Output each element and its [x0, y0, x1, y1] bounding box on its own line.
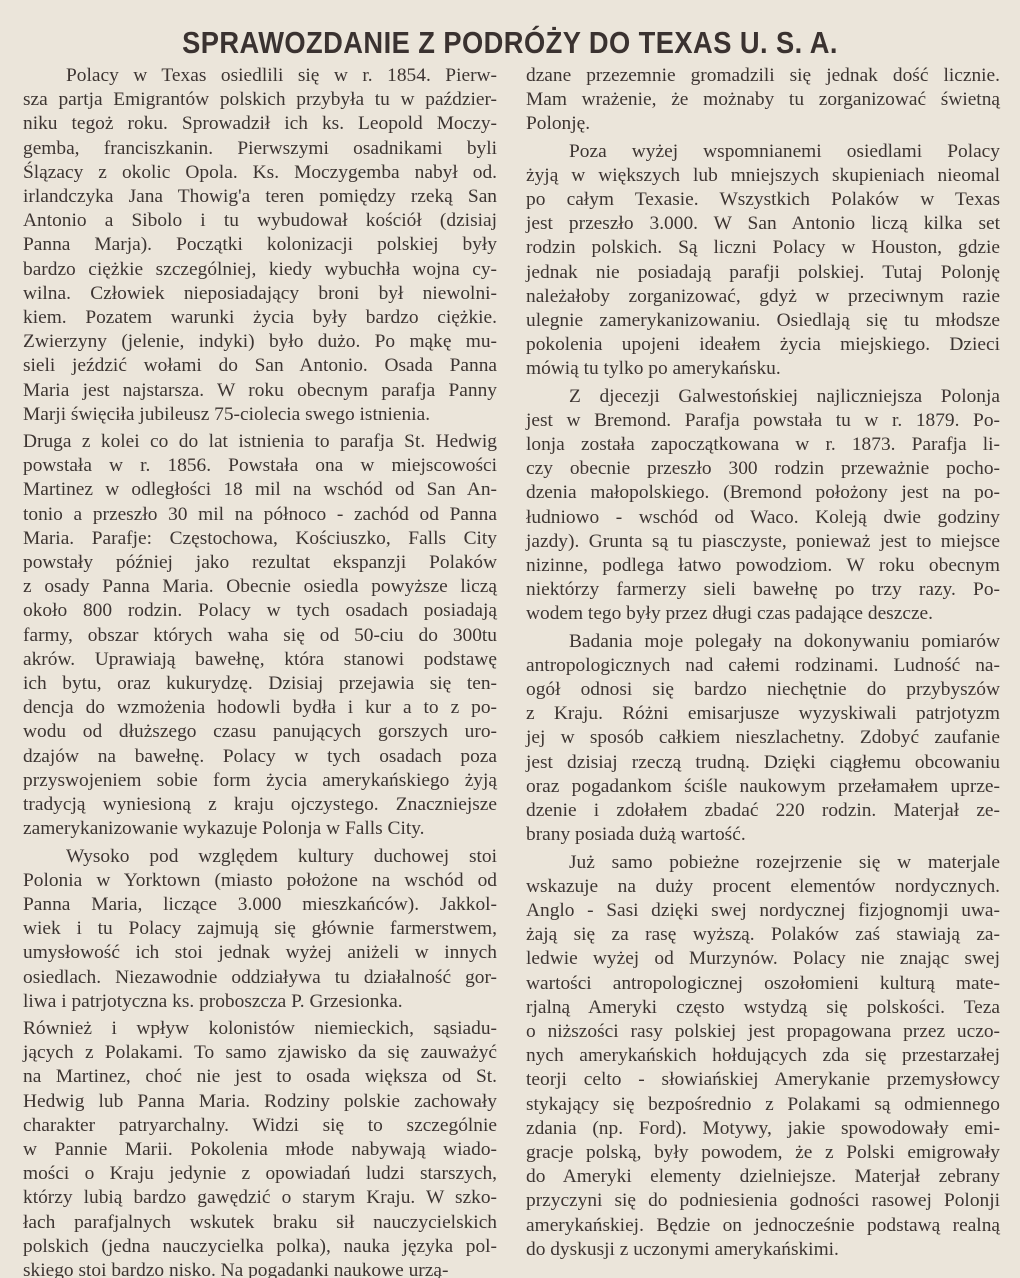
text-line: dzenia małopolskiego. (Bremond położony …	[526, 481, 1000, 505]
text-line: czy obecnie przeszło 300 rodzin przeważn…	[526, 457, 1000, 481]
text-line: Panna Maria, liczące 3.000 mieszkańców).…	[23, 893, 497, 917]
text-line: zdania (np. Ford). Motywy, jakie spowodo…	[526, 1117, 1000, 1141]
paragraph: Również i wpływ kolonistów niemieckich, …	[23, 1017, 497, 1278]
text-line: wodu od dłuższego czasu panujących gorsz…	[23, 720, 497, 744]
text-line: irlandczyka Jana Thowig'a teren pomiędzy…	[23, 185, 497, 209]
text-line: Z djecezji Galwestońskiej najliczniejsza…	[526, 385, 1000, 409]
text-line: Poza wyżej wspomnianemi osiedlami Polacy	[526, 140, 1000, 164]
paragraph: Poza wyżej wspomnianemi osiedlami Polacy…	[526, 140, 1000, 382]
text-line: dencja do wzmożenia hodowli bydła i kur …	[23, 696, 497, 720]
text-line: mówią tu tylko po amerykańsku.	[526, 357, 1000, 381]
paragraph: Polacy w Texas osiedlili się w r. 1854. …	[23, 64, 497, 427]
text-line: do dyskusji z uczonymi amerykańskimi.	[526, 1238, 1000, 1262]
page-title: SPRAWOZDANIE Z PODRÓŻY DO TEXAS U. S. A.	[61, 25, 959, 61]
text-line: rodzin polskich. Są liczni Polacy w Hous…	[526, 236, 1000, 260]
text-line: tonio a przeszło 30 mil na północo - zac…	[23, 503, 497, 527]
text-line: niku tegoż roku. Sprowadził ich ks. Leop…	[23, 112, 497, 136]
text-line: Martinez w odległości 18 mil na wschód o…	[23, 478, 497, 502]
text-line: o niższości rasy polskiej jest propagowa…	[526, 1020, 1000, 1044]
text-line: umysłowość ich stoi jednak wyżej aniżeli…	[23, 941, 497, 965]
text-line: ulegnie zamerykanizowaniu. Osiedlają się…	[526, 309, 1000, 333]
text-line: Antonio a Sibolo i tu wybudował kościół …	[23, 209, 497, 233]
text-line: Badania moje polegały na dokonywaniu pom…	[526, 630, 1000, 654]
text-line: łudniowo - wschód od Waco. Koleją dwie g…	[526, 506, 1000, 530]
text-line: ogół odnosi się bardzo niechętnie do prz…	[526, 678, 1000, 702]
text-line: Hedwig lub Panna Maria. Rodziny polskie …	[23, 1090, 497, 1114]
text-line: tradycją wyniesioną z kraju ojczystego. …	[23, 793, 497, 817]
text-line: Maria. Parafje: Częstochowa, Kościuszko,…	[23, 527, 497, 551]
text-line: brany posiada dużą wartość.	[526, 823, 1000, 847]
text-line: na Martinez, choć nie jest to osada więk…	[23, 1065, 497, 1089]
text-line: powstała w r. 1856. Powstała ona w miejs…	[23, 454, 497, 478]
text-line: Ślązacy z okolic Opola. Ks. Moczygemba n…	[23, 161, 497, 185]
paragraph: Wysoko pod względem kultury duchowej sto…	[23, 845, 497, 1014]
text-line: którzy lubią bardzo gawędzić o starym Kr…	[23, 1186, 497, 1210]
paragraph: Z djecezji Galwestońskiej najliczniejsza…	[526, 385, 1000, 627]
text-line: sza partja Emigrantów polskich przybyła …	[23, 88, 497, 112]
text-line: nych amerykańskich hołdujących zda się p…	[526, 1044, 1000, 1068]
text-line: Panna Marja). Początki kolonizacji polsk…	[23, 233, 497, 257]
text-line: dzajów na bawełnę. Polacy w tych osadach…	[23, 745, 497, 769]
text-line: amerykańskiej. Będzie on jednocześnie po…	[526, 1214, 1000, 1238]
text-line: ich bytu, oraz kukurydzę. Dzisiaj przeja…	[23, 672, 497, 696]
text-line: jest w Bremond. Parafja powstała tu w r.…	[526, 409, 1000, 433]
text-line: Również i wpływ kolonistów niemieckich, …	[23, 1017, 497, 1041]
text-line: sieli jeździć wołami do San Antonio. Osa…	[23, 354, 497, 378]
text-line: Już samo pobieżne rozejrzenie się w mate…	[526, 851, 1000, 875]
text-line: bardzo ciężkie szczególniej, kiedy wybuc…	[23, 258, 497, 282]
paragraph: Badania moje polegały na dokonywaniu pom…	[526, 630, 1000, 848]
text-line: żyją w większych lub mniejszych skupieni…	[526, 164, 1000, 188]
text-line: jej w sposób całkiem nieszlachetny. Zdob…	[526, 726, 1000, 750]
text-line: jest dzisiaj rzeczą trudną. Dzięki ciągł…	[526, 751, 1000, 775]
paragraph: Już samo pobieżne rozejrzenie się w mate…	[526, 851, 1000, 1262]
text-line: Zwierzyny (jelenie, indyki) było dużo. P…	[23, 330, 497, 354]
text-line: gemba, franciszkanin. Pierwszymi osadnik…	[23, 137, 497, 161]
text-line: skiego stoi bardzo nisko. Na pogadanki n…	[23, 1259, 497, 1278]
text-line: lonja została zapoczątkowana w r. 1873. …	[526, 433, 1000, 457]
text-line: gracje polską, były powodem, że z Polski…	[526, 1141, 1000, 1165]
left-column: Polacy w Texas osiedlili się w r. 1854. …	[23, 64, 497, 1278]
text-line: mości o Kraju jedynie z opowiadań ludzi …	[23, 1162, 497, 1186]
text-line: polskich (jedna nauczycielka polka), nau…	[23, 1235, 497, 1259]
text-line: jest przeszło 3.000. W San Antonio liczą…	[526, 212, 1000, 236]
text-line: dzenie i zdołałem zbadać 220 rodzin. Mat…	[526, 799, 1000, 823]
text-line: rjalną Ameryki często wstydzą się polsko…	[526, 996, 1000, 1020]
paragraph: Druga z kolei co do lat istnienia to par…	[23, 430, 497, 841]
text-line: Polacy w Texas osiedlili się w r. 1854. …	[23, 64, 497, 88]
text-line: oraz pogadankom ściśle naukowym przełama…	[526, 775, 1000, 799]
text-line: jących z Polakami. To samo zjawisko da s…	[23, 1041, 497, 1065]
text-line: antropologicznych nad całemi rodzinami. …	[526, 654, 1000, 678]
text-line: stykający się bezpośrednio z Polakami są…	[526, 1093, 1000, 1117]
text-line: nizinne, podlega łatwo powodziom. W roku…	[526, 554, 1000, 578]
text-line: Mam wrażenie, że możnaby tu zorganizować…	[526, 88, 1000, 112]
text-line: kiem. Pozatem warunki życia były bardzo …	[23, 306, 497, 330]
text-line: jazdy). Grunta są tu piasczyste, poniewa…	[526, 530, 1000, 554]
text-line: z Kraju. Różni emisarjusze wyzyskiwali p…	[526, 702, 1000, 726]
text-line: liwa i patrjotyczna ks. proboszcza P. Gr…	[23, 990, 497, 1014]
text-line: Maria jest najstarsza. W roku obecnym pa…	[23, 379, 497, 403]
text-line: do Ameryki elementy dzielniejsze. Materj…	[526, 1165, 1000, 1189]
text-line: akrów. Uprawiają bawełnę, która stanowi …	[23, 648, 497, 672]
text-line: ledwie wyżej od Murzynów. Polacy nie zna…	[526, 947, 1000, 971]
text-line: zamerykanizowanie wykazuje Polonja w Fal…	[23, 817, 497, 841]
text-line: z osady Panna Maria. Obecnie osiedla pow…	[23, 575, 497, 599]
text-line: teorji celto - słowiańskiej Amerykanie p…	[526, 1068, 1000, 1092]
text-line: pokolenia upojeni ideałem życia miejskie…	[526, 333, 1000, 357]
text-line: wodem tego były przez długi czas padając…	[526, 602, 1000, 626]
text-line: Marji święciła jubileusz 75-ciolecia swe…	[23, 403, 497, 427]
text-line: osiedlach. Niezawodnie oddziaływa tu dzi…	[23, 966, 497, 990]
text-line: dzane przezemnie gromadzili się jednak d…	[526, 64, 1000, 88]
text-line: przyczyni się do podniesienia godności r…	[526, 1189, 1000, 1213]
paragraph: dzane przezemnie gromadzili się jednak d…	[526, 64, 1000, 137]
text-line: wiek i tu Polacy zajmują się głównie far…	[23, 917, 497, 941]
text-line: Wysoko pod względem kultury duchowej sto…	[23, 845, 497, 869]
text-line: po całym Texasie. Wszystkich Polaków w T…	[526, 188, 1000, 212]
text-line: Anglo - Sasi dzięki swej nordycznej fizj…	[526, 899, 1000, 923]
text-line: łach parafjalnych wskutek braku sił nauc…	[23, 1211, 497, 1235]
text-line: wartości antropologicznej oszołomieni ku…	[526, 972, 1000, 996]
right-column: dzane przezemnie gromadzili się jednak d…	[526, 64, 1000, 1262]
text-line: Polonję.	[526, 112, 1000, 136]
text-line: wilna. Człowiek nieposiadający broni był…	[23, 282, 497, 306]
text-line: farmy, obszar których waha się od 50-ciu…	[23, 624, 497, 648]
text-line: jednak nie posiadają parafji polskiej. T…	[526, 261, 1000, 285]
text-line: powstały później jako rezultat ekspanzji…	[23, 551, 497, 575]
text-line: Druga z kolei co do lat istnienia to par…	[23, 430, 497, 454]
text-line: Polonia w Yorktown (miasto położone na w…	[23, 869, 497, 893]
text-line: około 800 rodzin. Polacy w tych osadach …	[23, 599, 497, 623]
text-line: wskazuje na duży procent elementów nordy…	[526, 875, 1000, 899]
text-line: należałoby zorganizować, gdyż w przeciwn…	[526, 285, 1000, 309]
text-line: charakter patryarchalny. Widzi się to sz…	[23, 1114, 497, 1138]
text-line: w Pannie Marii. Pokolenia młode nabywają…	[23, 1138, 497, 1162]
text-line: przyswojeniem sobie form życia amerykańs…	[23, 769, 497, 793]
text-line: żają się za rasę wyższą. Polaków zaś sta…	[526, 923, 1000, 947]
text-line: niektórzy farmerzy sieli bawełnę po trzy…	[526, 578, 1000, 602]
